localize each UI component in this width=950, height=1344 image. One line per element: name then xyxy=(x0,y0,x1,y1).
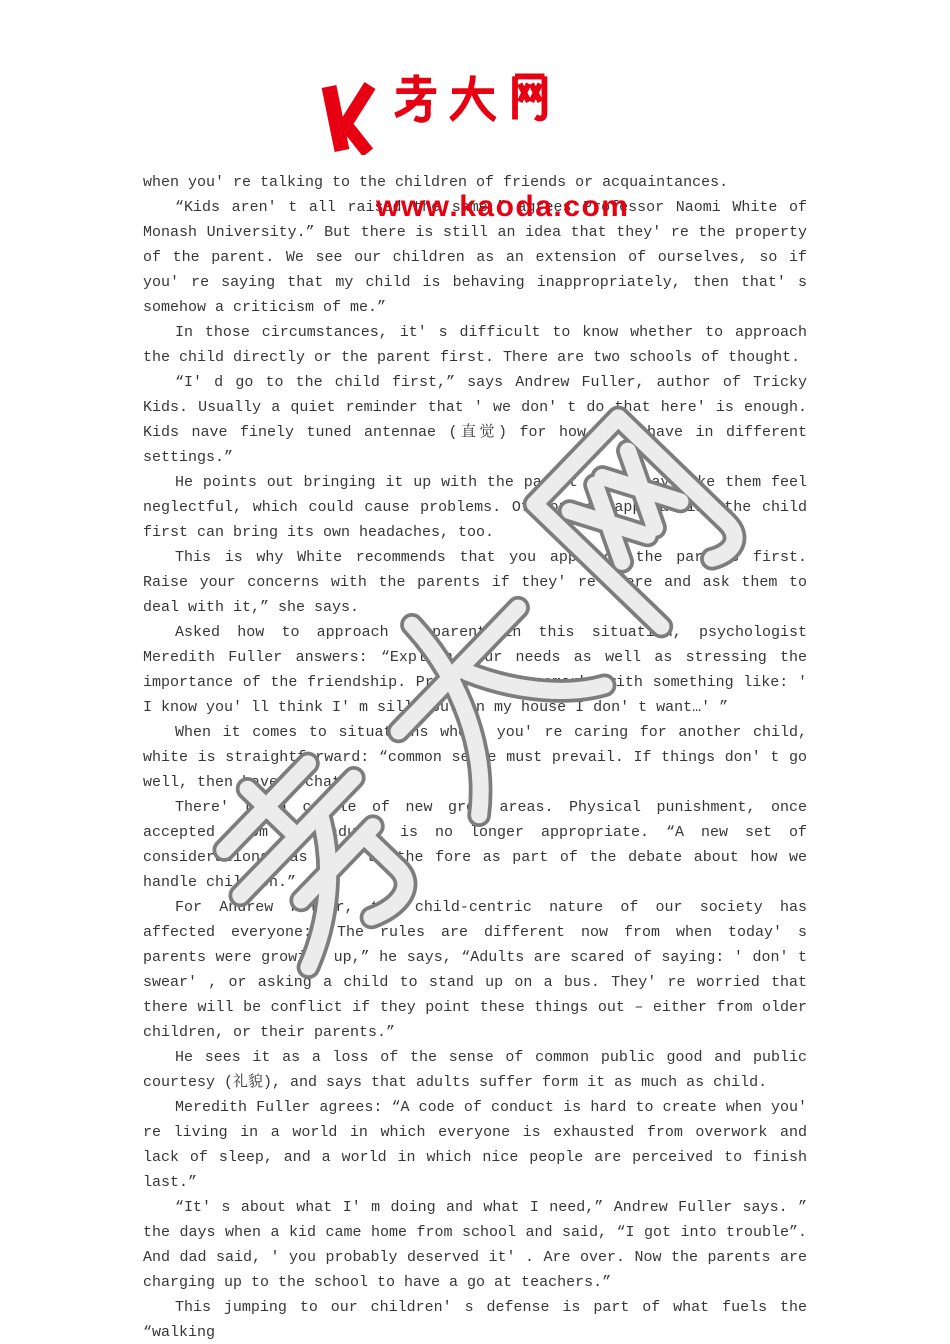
paragraph: “I' d go to the child first,” says Andre… xyxy=(143,370,807,470)
paragraph: There' re a couple of new grey areas. Ph… xyxy=(143,795,807,895)
paragraph: When it comes to situations where you' r… xyxy=(143,720,807,795)
kaoda-k-icon xyxy=(318,82,378,155)
kaoda-logo: www.kaoda.com xyxy=(318,70,648,165)
document-body: when you' re talking to the children of … xyxy=(143,170,807,1344)
paragraph: He sees it as a loss of the sense of com… xyxy=(143,1045,807,1095)
paragraph: This is why White recommends that you ap… xyxy=(143,545,807,620)
paragraph: In those circumstances, it' s difficult … xyxy=(143,320,807,370)
paragraph: This jumping to our children' s defense … xyxy=(143,1295,807,1344)
paragraph: Meredith Fuller agrees: “A code of condu… xyxy=(143,1095,807,1195)
paragraph: Asked how to approach a parent in this s… xyxy=(143,620,807,720)
paragraph: He points out bringing it up with the pa… xyxy=(143,470,807,545)
kaoda-brand-characters xyxy=(390,72,556,125)
document-page: www.kaoda.com when you' re talking to th… xyxy=(0,0,950,1344)
paragraph: “It' s about what I' m doing and what I … xyxy=(143,1195,807,1295)
kaoda-site-url: www.kaoda.com xyxy=(376,192,629,222)
paragraph: For Andrew Fuller, the child-centric nat… xyxy=(143,895,807,1045)
